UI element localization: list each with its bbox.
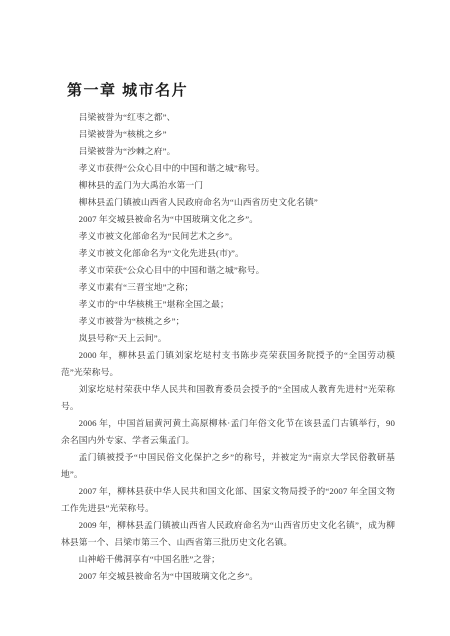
paragraph: 孝义市获得“公众心目中的中国和谐之城”称号。 [61,160,395,177]
paragraph: 2007 年交城县被命名为“中国玻璃文化之乡”。 [61,211,395,228]
paragraph: 孝义市的“中华核桃王”堪称全国之最； [61,296,395,313]
chapter-heading: 第一章 城市名片 [67,79,188,100]
paragraph: 吕梁被誉为“沙棘之府”。 [61,143,395,160]
paragraph: 山神峪千佛洞享有“中国名胜”之誉； [61,551,395,568]
paragraph: 2007 年，柳林县获中华人民共和国文化部、国家文物局授予的“2007 年全国文… [61,483,395,517]
paragraph: 2009 年，柳林县孟门镇被山西省人民政府命名为“山西省历史文化名镇”，成为柳林… [61,517,395,551]
paragraph: 孝义市素有“三晋宝地”之称； [61,279,395,296]
paragraph: 2000 年，柳林县孟门镇刘家圪垯村支书陈步亮荣获国务院授予的“全国劳动模范”光… [61,347,395,381]
paragraph: 孝义市被文化部命名为“文化先进县(市)”。 [61,245,395,262]
paragraph: 柳林县的孟门为大禹治水第一门 [61,177,395,194]
paragraph: 孝义市被文化部命名为“民间艺术之乡”。 [61,228,395,245]
paragraph: 吕梁被誉为“红枣之都”、 [61,109,395,126]
paragraph: 2006 年，中国首届黄河黄土高原柳林·孟门年俗文化节在该县孟门古镇举行，90 … [61,415,395,449]
paragraph: 岚县号称“天上云间”。 [61,330,395,347]
paragraph: 孟门镇被授予“中国民俗文化保护之乡”的称号，并被定为“南京大学民俗教研基地”。 [61,449,395,483]
paragraph: 柳林县孟门镇被山西省人民政府命名为“山西省历史文化名镇” [61,194,395,211]
paragraph: 孝义市被誉为“核桃之乡”； [61,313,395,330]
paragraph: 孝义市荣获“公众心目中的中国和谐之城”称号。 [61,262,395,279]
paragraph: 2007 年交城县被命名为“中国玻璃文化之乡”。 [61,568,395,585]
paragraph: 吕梁被誉为“核桃之乡” [61,126,395,143]
chapter-body: 吕梁被誉为“红枣之都”、吕梁被誉为“核桃之乡”吕梁被誉为“沙棘之府”。孝义市获得… [61,109,395,585]
document-page: 第一章 城市名片 吕梁被誉为“红枣之都”、吕梁被誉为“核桃之乡”吕梁被誉为“沙棘… [0,0,450,636]
paragraph: 刘家圪垯村荣获中华人民共和国教育委员会授予的“全国成人教育先进村”光荣称号。 [61,381,395,415]
